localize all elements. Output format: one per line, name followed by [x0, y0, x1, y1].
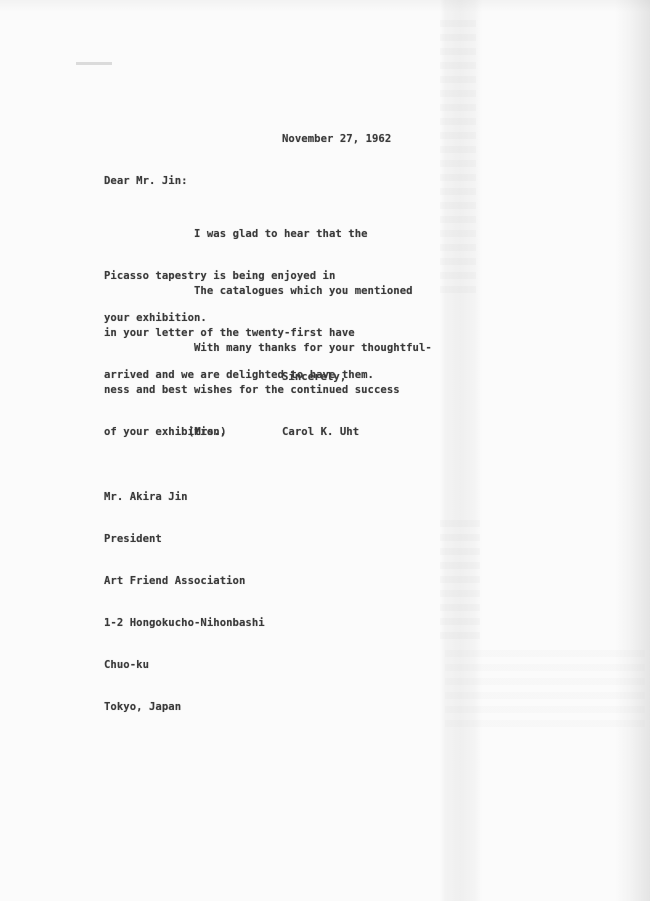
paragraph-line: With many thanks for your thoughtful-: [104, 341, 432, 355]
bleed-through-texture: [445, 650, 645, 730]
paragraph-line: ness and best wishes for the continued s…: [104, 383, 432, 397]
bleed-through-texture: [440, 20, 476, 300]
faint-scan-mark: [76, 62, 112, 65]
paragraph-3: With many thanks for your thoughtful- ne…: [104, 313, 432, 467]
address-line: 1-2 Hongokucho-Nihonbashi: [104, 616, 265, 630]
address-line: Tokyo, Japan: [104, 700, 265, 714]
letter-date: November 27, 1962: [282, 132, 391, 146]
paragraph-line: of your exhibition,: [104, 425, 432, 439]
address-line: Mr. Akira Jin: [104, 490, 265, 504]
bleed-through-texture: [440, 520, 480, 640]
scanned-letter-page: November 27, 1962 Dear Mr. Jin: I was gl…: [0, 0, 650, 901]
salutation: Dear Mr. Jin:: [104, 174, 188, 188]
address-line: Art Friend Association: [104, 574, 265, 588]
signer-title: (Mrs.): [188, 425, 227, 439]
paragraph-line: The catalogues which you mentioned: [104, 284, 413, 298]
closing: Sincerely,: [282, 370, 346, 384]
address-line: Chuo-ku: [104, 658, 265, 672]
recipient-address: Mr. Akira Jin President Art Friend Assoc…: [104, 462, 265, 742]
address-line: President: [104, 532, 265, 546]
paragraph-line: I was glad to hear that the: [104, 227, 368, 241]
signer-name: Carol K. Uht: [282, 425, 359, 439]
